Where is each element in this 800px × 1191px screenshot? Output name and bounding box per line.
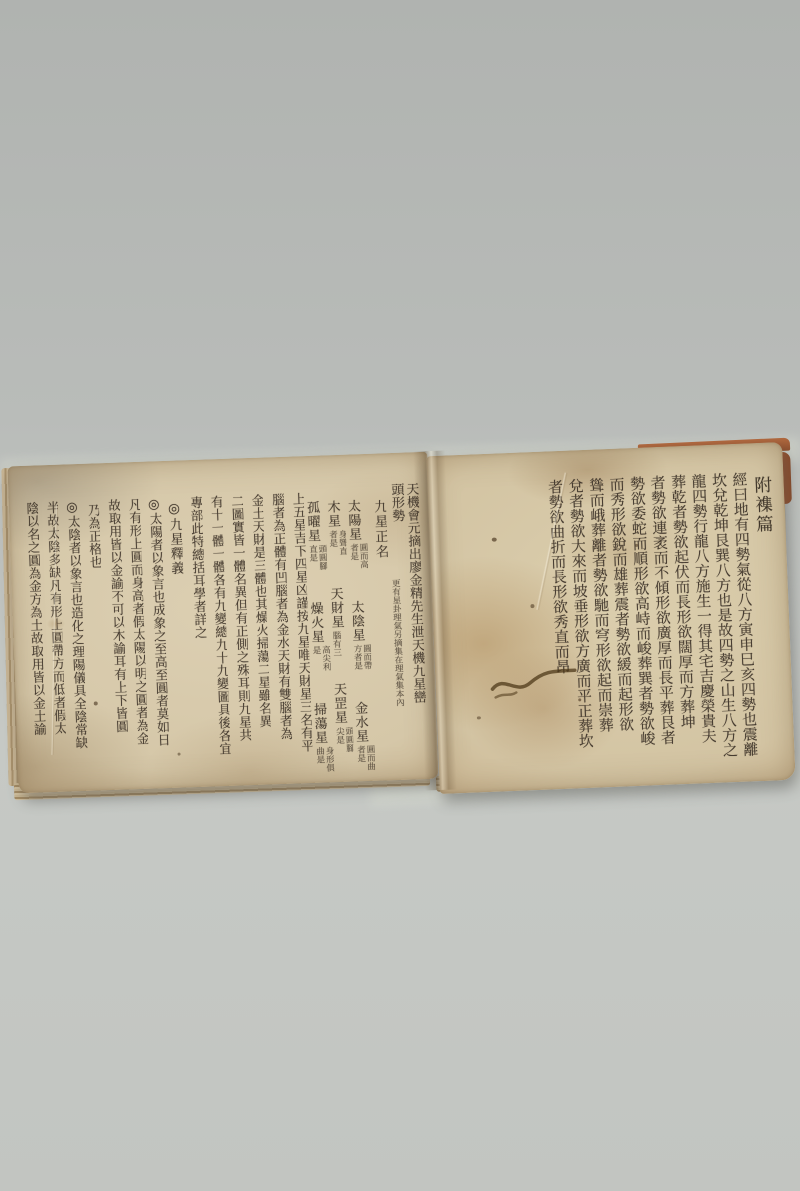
star-note: 高尖利是: [310, 645, 330, 677]
star-name: 木星: [324, 500, 340, 529]
star-note: 頭圓腳尖是: [334, 726, 354, 758]
ink-spot: [492, 538, 497, 542]
ink-spot: [530, 604, 534, 608]
star-name: 金水星: [352, 701, 368, 743]
ink-spot: [477, 716, 481, 719]
star-note: 身形俱曲是: [314, 746, 334, 778]
ink-spot: [178, 753, 181, 756]
star-name: 燥火星: [307, 602, 323, 644]
right-page: 附襍篇 經曰地有四勢氣從八方寅申巳亥四勢也震離 坎兌乾坤艮巽八方也是故四勢之山生…: [426, 442, 795, 794]
star-note: 圓而帶方者是: [351, 644, 371, 676]
star-note: 圓而曲者是: [355, 745, 375, 777]
star-name: 太陽星: [345, 499, 361, 541]
star-note: 圓而高者是: [348, 543, 368, 575]
ink-spot: [635, 544, 638, 547]
star-note: 頭圓腳直是: [307, 544, 327, 576]
star-name: 掃蕩星: [311, 702, 327, 744]
left-page-text: 天機會元摘出廖金精先生泄天機九星巒頭形勢 更有星卦理氣另摘集在理氣集本內 九星正…: [16, 482, 428, 788]
source-title: 天機會元摘出廖金精先生泄天機九星: [403, 482, 425, 690]
star-note: 腦有三: [330, 631, 340, 657]
star-name: 孤曜星: [304, 501, 320, 543]
star-name: 天罡星: [331, 682, 347, 724]
star-name: 天財星: [327, 587, 343, 629]
ink-smudge: [485, 653, 581, 710]
right-page-text: 附襍篇 經曰地有四勢氣從八方寅申巳亥四勢也震離 坎兌乾坤艮巽八方也是故四勢之山生…: [541, 470, 783, 782]
left-page: 天機會元摘出廖金精先生泄天機九星巒頭形勢 更有星卦理氣另摘集在理氣集本內 九星正…: [7, 452, 438, 793]
star-note: 身聳直者是: [327, 530, 347, 562]
star-name: 太陰星: [348, 600, 364, 642]
